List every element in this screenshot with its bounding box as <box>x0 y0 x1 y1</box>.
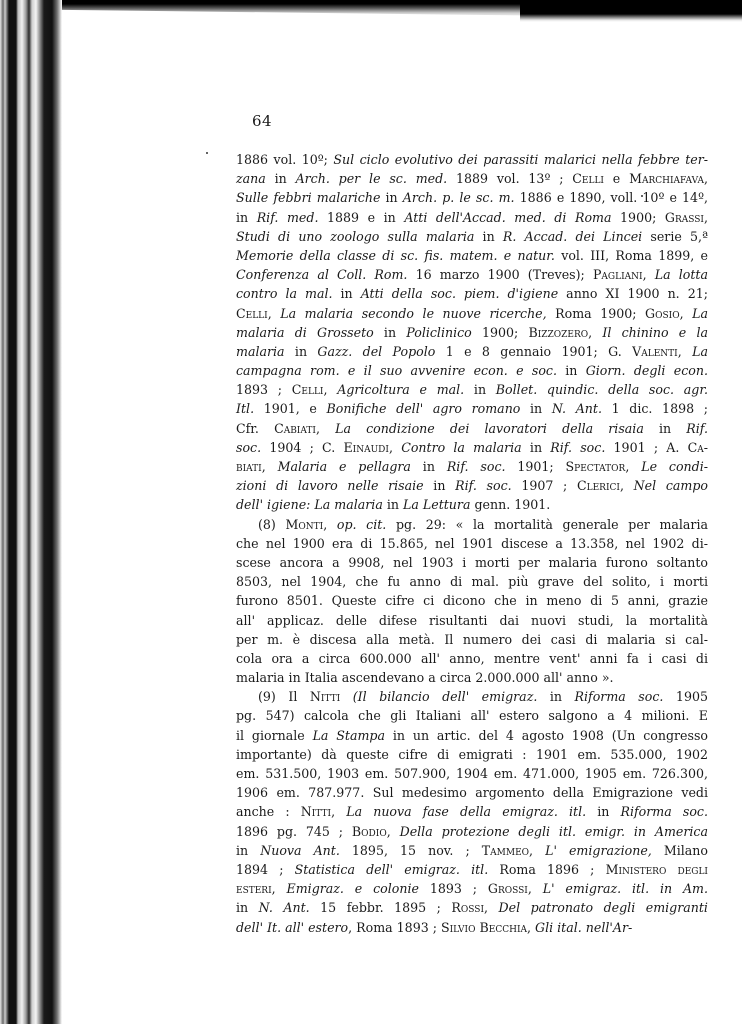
scan-top-shadow-right <box>520 0 742 22</box>
scan-speck <box>206 152 208 154</box>
footnotes-text-block: 1886 vol. 10º; Sul ciclo evolutivo dei p… <box>236 150 708 937</box>
text-line: biati, Malaria e pellagra in Rif. soc. 1… <box>236 457 708 476</box>
page-number: 64 <box>252 112 272 130</box>
text-line: em. 531.500, 1903 em. 507.900, 1904 em. … <box>236 764 708 783</box>
text-line: in Nuova Ant. 1895, 15 nov. ; Tammeo, L'… <box>236 841 708 860</box>
text-line: dell' igiene: La malaria in La Lettura g… <box>236 495 708 514</box>
text-line: contro la mal. in Atti della soc. piem. … <box>236 284 708 303</box>
text-line: soc. 1904 ; C. Einaudi, Contro la malari… <box>236 438 708 457</box>
text-line: scese ancora a 9908, nel 1903 i morti pe… <box>236 553 708 572</box>
text-line: per m. è discesa alla metà. Il numero de… <box>236 630 708 649</box>
text-line: Memorie della classe di sc. fis. matem. … <box>236 246 708 265</box>
text-line: anche : Nitti, La nuova fase della emigr… <box>236 802 708 821</box>
text-line: Celli, La malaria secondo le nuove ricer… <box>236 304 708 323</box>
text-line: il giornale La Stampa in un artic. del 4… <box>236 726 708 745</box>
text-line: 1894 ; Statistica dell' emigraz. itl. Ro… <box>236 860 708 879</box>
text-line: malaria in Gazz. del Popolo 1 e 8 gennai… <box>236 342 708 361</box>
text-line: 1886 vol. 10º; Sul ciclo evolutivo dei p… <box>236 150 708 169</box>
text-line: importante) dà queste cifre di emigrati … <box>236 745 708 764</box>
text-line: che nel 1900 era di 15.865, nel 1901 dis… <box>236 534 708 553</box>
text-line: (9) Il Nitti (Il bilancio dell' emigraz.… <box>236 687 708 706</box>
text-line: malaria di Grosseto in Policlinico 1900;… <box>236 323 708 342</box>
text-line: 8503, nel 1904, che fu anno di mal. più … <box>236 572 708 591</box>
text-line: all' applicaz. delle difese risultanti d… <box>236 611 708 630</box>
text-line: Studi di uno zoologo sulla malaria in R.… <box>236 227 708 246</box>
text-line: in Rif. med. 1889 e in Atti dell'Accad. … <box>236 208 708 227</box>
text-line: furono 8501. Queste cifre ci dicono che … <box>236 591 708 610</box>
text-line: Cfr. Cabiati, La condizione dei lavorato… <box>236 419 708 438</box>
text-line: cola ora a circa 600.000 all' anno, ment… <box>236 649 708 668</box>
text-line: 1906 em. 787.977. Sul medesimo argomento… <box>236 783 708 802</box>
text-line: Sulle febbri malariche in Arch. p. le sc… <box>236 188 708 207</box>
text-line: pg. 547) calcola che gli Italiani all' e… <box>236 706 708 725</box>
text-line: esteri, Emigraz. e colonie 1893 ; Grossi… <box>236 879 708 898</box>
text-line: in N. Ant. 15 febbr. 1895 ; Rossi, Del p… <box>236 898 708 917</box>
book-binding-edge <box>0 0 62 1024</box>
text-line: dell' It. all' estero, Roma 1893 ; Silvi… <box>236 918 708 937</box>
text-line: 1896 pg. 745 ; Bodio, Della protezione d… <box>236 822 708 841</box>
text-line: (8) Monti, op. cit. pg. 29: « la mortali… <box>236 515 708 534</box>
text-line: Itl. 1901, e Bonifiche dell' agro romano… <box>236 399 708 418</box>
text-line: 1893 ; Celli, Agricoltura e mal. in Boll… <box>236 380 708 399</box>
text-line: zioni di lavoro nelle risaie in Rif. soc… <box>236 476 708 495</box>
text-line: zana in Arch. per le sc. med. 1889 vol. … <box>236 169 708 188</box>
scan-speck <box>641 195 643 197</box>
text-line: malaria in Italia ascendevano a circa 2.… <box>236 668 708 687</box>
text-line: campagna rom. e il suo avvenire econ. e … <box>236 361 708 380</box>
text-line: Conferenza al Coll. Rom. 16 marzo 1900 (… <box>236 265 708 284</box>
